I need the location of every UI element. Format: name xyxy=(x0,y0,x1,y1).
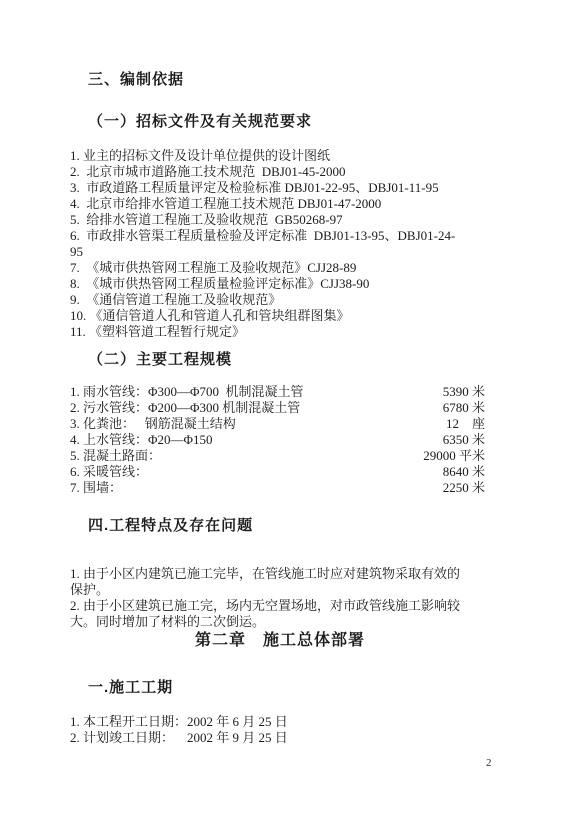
scale-row: 4. 上水管线：Φ20—Φ150 6350 米 xyxy=(70,432,490,448)
page-number: 2 xyxy=(486,757,492,769)
scale-value: 8640 米 xyxy=(443,464,490,480)
chapter-heading: 第二章 施工总体部署 xyxy=(70,630,490,652)
norm-item: 5. 给排水管道工程施工及验收规范 GB50268-97 xyxy=(70,212,462,228)
scale-label: 6. 采暖管线： xyxy=(70,464,148,480)
scale-value: 5390 米 xyxy=(443,384,490,400)
norm-item: 8. 《城市供热管网工程质量检验评定标准》CJJ38-90 xyxy=(70,276,462,292)
norm-item: 11. 《塑料管道工程暂行规定》 xyxy=(70,324,462,340)
features-paragraphs: 1. 由于小区内建筑已施工完毕，在管线施工时应对建筑物采取有效的保护。 2. 由… xyxy=(70,566,462,630)
scale-label: 4. 上水管线：Φ20—Φ150 xyxy=(70,432,213,448)
section-heading-basis: 三、编制依据 xyxy=(70,70,490,90)
subsection-heading-project-scale: （二）主要工程规模 xyxy=(70,350,490,370)
norm-item: 1. 业主的招标文件及设计单位提供的设计图纸 xyxy=(70,148,462,164)
scale-value: 2250 米 xyxy=(443,480,490,496)
norm-item: 2. 北京市城市道路施工技术规范 DBJ01-45-2000 xyxy=(70,164,462,180)
section-heading-features: 四.工程特点及存在问题 xyxy=(70,516,490,536)
schedule-item: 1. 本工程开工日期：2002 年 6 月 25 日 xyxy=(70,714,490,730)
scale-row: 1. 雨水管线：Φ300—Φ700 机制混凝土管 5390 米 xyxy=(70,384,490,400)
page-content: 三、编制依据 （一）招标文件及有关规范要求 1. 业主的招标文件及设计单位提供的… xyxy=(0,0,580,746)
scale-row: 3. 化粪池： 钢筋混凝土结构 12 座 xyxy=(70,416,490,432)
feature-paragraph: 2. 由于小区建筑已施工完，场内无空置场地，对市政管线施工影响较大。同时增加了材… xyxy=(70,598,462,630)
scale-row: 2. 污水管线：Φ200—Φ300 机制混凝土管 6780 米 xyxy=(70,400,490,416)
scale-label: 3. 化粪池： 钢筋混凝土结构 xyxy=(70,416,236,432)
scale-value: 6350 米 xyxy=(443,432,490,448)
document-page: 三、编制依据 （一）招标文件及有关规范要求 1. 业主的招标文件及设计单位提供的… xyxy=(0,0,580,820)
scale-value: 12 座 xyxy=(446,416,490,432)
scale-label: 7. 围墙： xyxy=(70,480,122,496)
norm-item: 10. 《通信管道人孔和管道人孔和管块组群图集》 xyxy=(70,308,462,324)
feature-paragraph: 1. 由于小区内建筑已施工完毕，在管线施工时应对建筑物采取有效的保护。 xyxy=(70,566,462,598)
scale-row: 6. 采暖管线： 8640 米 xyxy=(70,464,490,480)
scale-label: 5. 混凝土路面： xyxy=(70,448,161,464)
scale-row: 5. 混凝土路面： 29000 平米 xyxy=(70,448,490,464)
section-heading-schedule: 一.施工工期 xyxy=(70,678,490,698)
scale-label: 2. 污水管线：Φ200—Φ300 机制混凝土管 xyxy=(70,400,300,416)
schedule-list: 1. 本工程开工日期：2002 年 6 月 25 日 2. 计划竣工日期： 20… xyxy=(70,714,490,746)
schedule-item: 2. 计划竣工日期： 2002 年 9 月 25 日 xyxy=(70,730,490,746)
scale-label: 1. 雨水管线：Φ300—Φ700 机制混凝土管 xyxy=(70,384,304,400)
scale-value: 29000 平米 xyxy=(423,448,490,464)
norm-item: 4. 北京市给排水管道工程施工技术规范 DBJ01-47-2000 xyxy=(70,196,462,212)
scale-value: 6780 米 xyxy=(443,400,490,416)
scale-row: 7. 围墙： 2250 米 xyxy=(70,480,490,496)
norm-item: 3. 市政道路工程质量评定及检验标准 DBJ01-22-95、DBJ01-11-… xyxy=(70,180,462,196)
norms-list: 1. 业主的招标文件及设计单位提供的设计图纸 2. 北京市城市道路施工技术规范 … xyxy=(70,148,462,340)
scale-list: 1. 雨水管线：Φ300—Φ700 机制混凝土管 5390 米 2. 污水管线：… xyxy=(70,384,490,496)
norm-item: 9. 《通信管道工程施工及验收规范》 xyxy=(70,292,462,308)
norm-item: 6. 市政排水管渠工程质量检验及评定标准 DBJ01-13-95、DBJ01-2… xyxy=(70,228,462,260)
norm-item: 7. 《城市供热管网工程施工及验收规范》CJJ28-89 xyxy=(70,260,462,276)
subsection-heading-bid-norms: （一）招标文件及有关规范要求 xyxy=(70,112,490,132)
